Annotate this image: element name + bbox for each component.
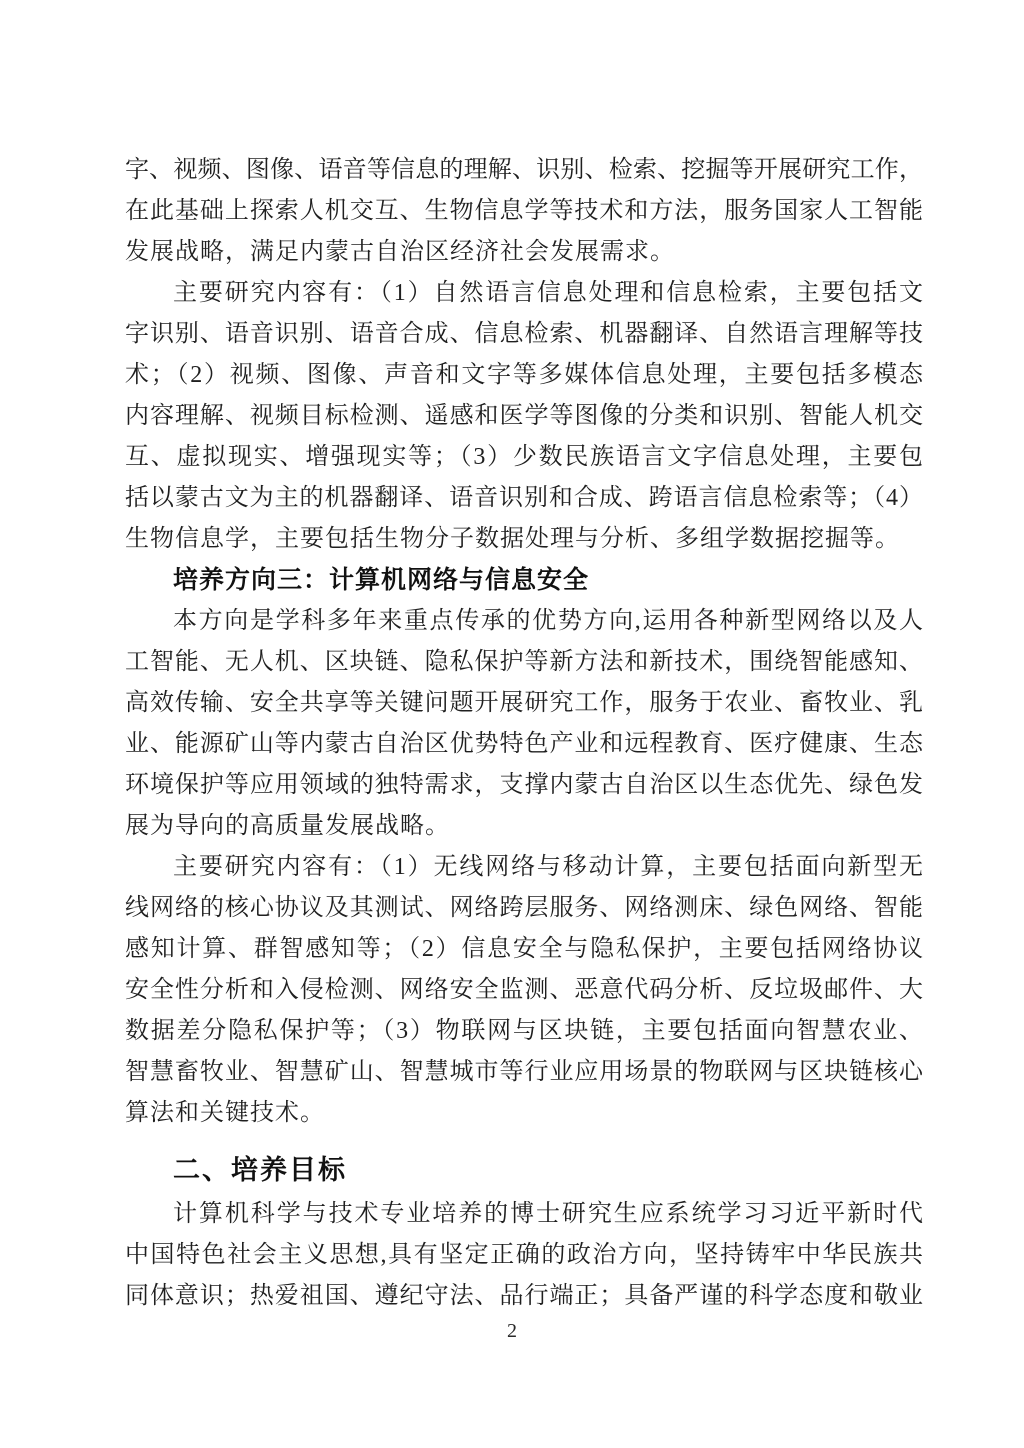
- text-line: 内容理解、视频目标检测、遥感和医学等图像的分类和识别、智能人机交: [125, 396, 923, 437]
- text-line: 高效传输、安全共享等关键问题开展研究工作，服务于农业、畜牧业、乳: [125, 683, 923, 724]
- page-number: 2: [0, 1318, 1024, 1344]
- text-line: 字识别、语音识别、语音合成、信息检索、机器翻译、自然语言理解等技: [125, 314, 923, 355]
- document-page: 字、视频、图像、语音等信息的理解、识别、检索、挖掘等开展研究工作，在此基础上探索…: [0, 0, 1024, 1448]
- text-line: 线网络的核心协议及其测试、网络跨层服务、网络测床、绿色网络、智能: [125, 888, 923, 929]
- text-line: 生物信息学，主要包括生物分子数据处理与分析、多组学数据挖掘等。: [125, 519, 923, 560]
- text-line: 算法和关键技术。: [125, 1093, 923, 1134]
- text-line: 安全性分析和入侵检测、网络安全监测、恶意代码分析、反垃圾邮件、大: [125, 970, 923, 1011]
- text-line: 术；（2）视频、图像、声音和文字等多媒体信息处理，主要包括多模态: [125, 355, 923, 396]
- text-line: 感知计算、群智感知等；（2）信息安全与隐私保护，主要包括网络协议: [125, 929, 923, 970]
- text-line: 本方向是学科多年来重点传承的优势方向,运用各种新型网络以及人: [125, 601, 923, 642]
- text-line: 在此基础上探索人机交互、生物信息学等技术和方法，服务国家人工智能: [125, 191, 923, 232]
- text-line: 括以蒙古文为主的机器翻译、语音识别和合成、跨语言信息检索等；（4）: [125, 478, 923, 519]
- text-line: 业、能源矿山等内蒙古自治区优势特色产业和远程教育、医疗健康、生态: [125, 724, 923, 765]
- text-line: 计算机科学与技术专业培养的博士研究生应系统学习习近平新时代: [125, 1194, 923, 1235]
- text-line: 展为导向的高质量发展战略。: [125, 806, 923, 847]
- text-line: 主要研究内容有：（1）自然语言信息处理和信息检索，主要包括文: [125, 273, 923, 314]
- text-line: 互、虚拟现实、增强现实等；（3）少数民族语言文字信息处理，主要包: [125, 437, 923, 478]
- text-line: 环境保护等应用领域的独特需求，支撑内蒙古自治区以生态优先、绿色发: [125, 765, 923, 806]
- text-line: 数据差分隐私保护等；（3）物联网与区块链，主要包括面向智慧农业、: [125, 1011, 923, 1052]
- text-line: 发展战略，满足内蒙古自治区经济社会发展需求。: [125, 232, 923, 273]
- text-line: 智慧畜牧业、智慧矿山、智慧城市等行业应用场景的物联网与区块链核心: [125, 1052, 923, 1093]
- text-line: 同体意识；热爱祖国、遵纪守法、品行端正；具备严谨的科学态度和敬业: [125, 1276, 923, 1317]
- text-line: 字、视频、图像、语音等信息的理解、识别、检索、挖掘等开展研究工作，: [125, 150, 923, 191]
- section-heading: 二、培养目标: [125, 1147, 923, 1193]
- text-line: 工智能、无人机、区块链、隐私保护等新方法和新技术，围绕智能感知、: [125, 642, 923, 683]
- section-heading: 培养方向三：计算机网络与信息安全: [125, 560, 923, 601]
- document-lines: 字、视频、图像、语音等信息的理解、识别、检索、挖掘等开展研究工作，在此基础上探索…: [125, 150, 923, 1317]
- text-line: 中国特色社会主义思想,具有坚定正确的政治方向，坚持铸牢中华民族共: [125, 1235, 923, 1276]
- text-line: 主要研究内容有：（1）无线网络与移动计算，主要包括面向新型无: [125, 847, 923, 888]
